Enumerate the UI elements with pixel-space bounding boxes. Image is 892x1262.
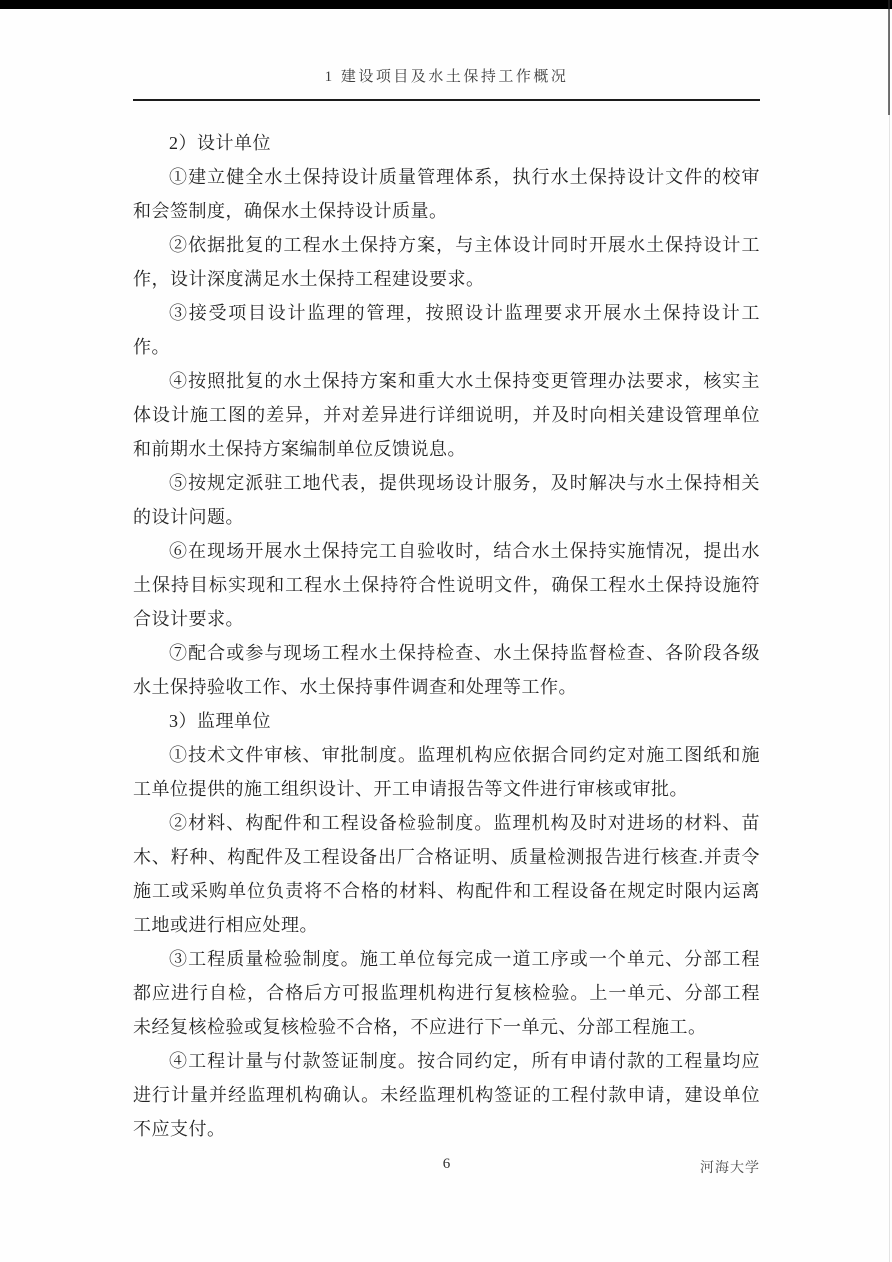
paragraph-design-7: ⑦配合或参与现场工程水土保持检查、水土保持监督检查、各阶段各级水土保持验收工作、… [133, 636, 760, 704]
paragraph-design-1: ①建立健全水土保持设计质量管理体系，执行水土保持设计文件的校审和会签制度，确保水… [133, 160, 760, 228]
paragraph-design-6: ⑥在现场开展水土保持完工自验收时，结合水土保持实施情况，提出水土保持目标实现和工… [133, 534, 760, 636]
page-number: 6 [443, 1156, 451, 1173]
paragraph-supervision-3: ③工程质量检验制度。施工单位每完成一道工序或一个单元、分部工程都应进行自检，合格… [133, 942, 760, 1044]
header-rule [133, 99, 760, 101]
scan-edge-right [889, 0, 890, 1262]
scan-edge-right-top [888, 0, 890, 115]
section-heading-design-unit: 2）设计单位 [133, 126, 760, 160]
paragraph-design-3: ③接受项目设计监理的管理，按照设计监理要求开展水土保持设计工作。 [133, 296, 760, 364]
paragraph-supervision-4: ④工程计量与付款签证制度。按合同约定，所有申请付款的工程量均应进行计量并经监理机… [133, 1044, 760, 1146]
section-heading-supervision-unit: 3）监理单位 [133, 704, 760, 738]
document-page: 1 建设项目及水土保持工作概况 2）设计单位 ①建立健全水土保持设计质量管理体系… [0, 0, 892, 1262]
paragraph-supervision-1: ①技术文件审核、审批制度。监理机构应依据合同约定对施工图纸和施工单位提供的施工组… [133, 738, 760, 806]
page-header: 1 建设项目及水土保持工作概况 [133, 9, 760, 101]
paragraph-design-5: ⑤按规定派驻工地代表，提供现场设计服务，及时解决与水土保持相关的设计问题。 [133, 466, 760, 534]
page-footer: 6 河海大学 [133, 1156, 760, 1180]
paragraph-design-2: ②依据批复的工程水土保持方案，与主体设计同时开展水土保持设计工作，设计深度满足水… [133, 228, 760, 296]
paragraph-design-4: ④按照批复的水土保持方案和重大水土保持变更管理办法要求，核实主体设计施工图的差异… [133, 364, 760, 466]
paragraph-supervision-2: ②材料、构配件和工程设备检验制度。监理机构及时对进场的材料、苗木、籽种、构配件及… [133, 806, 760, 942]
institution-name: 河海大学 [700, 1157, 760, 1177]
scan-edge-top [0, 0, 892, 9]
header-title: 1 建设项目及水土保持工作概况 [133, 9, 760, 87]
document-body: 2）设计单位 ①建立健全水土保持设计质量管理体系，执行水土保持设计文件的校审和会… [133, 126, 760, 1146]
